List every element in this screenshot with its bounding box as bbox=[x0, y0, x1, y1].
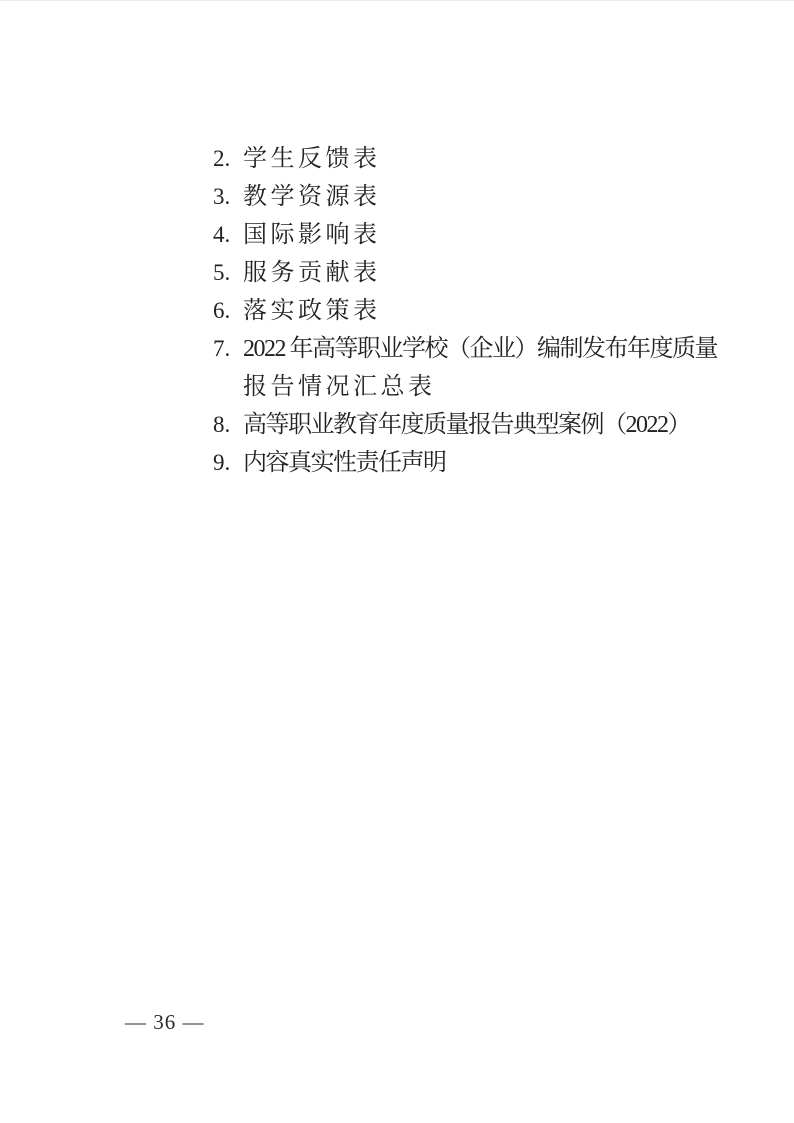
list-item-number: 2. bbox=[213, 140, 243, 178]
list-item: 4. 国际影响表 bbox=[213, 216, 717, 254]
list-item-number: 3. bbox=[213, 178, 243, 216]
list-item: 3. 教学资源表 bbox=[213, 178, 717, 216]
list-item-number: 7. bbox=[213, 330, 243, 368]
list-item: 5. 服务贡献表 bbox=[213, 254, 717, 292]
appendix-list: 2. 学生反馈表 3. 教学资源表 4. 国际影响表 5. 服务贡献表 6. 落… bbox=[213, 140, 717, 482]
list-item-text: 服务贡献表 bbox=[243, 254, 381, 292]
list-item-number: 5. bbox=[213, 254, 243, 292]
list-item-number: 4. bbox=[213, 216, 243, 254]
list-item-text-line: 2022 年高等职业学校（企业）编制发布年度质量 bbox=[243, 330, 717, 368]
list-item-text: 2022 年高等职业学校（企业）编制发布年度质量 报告情况汇总表 bbox=[243, 330, 717, 406]
list-item-number: 6. bbox=[213, 292, 243, 330]
list-item-text: 学生反馈表 bbox=[243, 140, 381, 178]
list-item-number: 9. bbox=[213, 444, 243, 482]
document-page: 2. 学生反馈表 3. 教学资源表 4. 国际影响表 5. 服务贡献表 6. 落… bbox=[0, 0, 794, 1123]
list-item-text: 高等职业教育年度质量报告典型案例（2022） bbox=[243, 406, 690, 444]
list-item: 7. 2022 年高等职业学校（企业）编制发布年度质量 报告情况汇总表 bbox=[213, 330, 717, 406]
list-item-text: 内容真实性责任声明 bbox=[243, 444, 446, 482]
list-item-text: 教学资源表 bbox=[243, 178, 381, 216]
list-item: 9. 内容真实性责任声明 bbox=[213, 444, 717, 482]
page-number: — 36 — bbox=[125, 1010, 205, 1034]
list-item: 6. 落实政策表 bbox=[213, 292, 717, 330]
list-item-text: 国际影响表 bbox=[243, 216, 381, 254]
list-item: 2. 学生反馈表 bbox=[213, 140, 717, 178]
page-footer: — 36 — bbox=[125, 1009, 205, 1035]
list-item-text-line: 报告情况汇总表 bbox=[243, 368, 717, 406]
list-item-text: 落实政策表 bbox=[243, 292, 381, 330]
list-item-number: 8. bbox=[213, 406, 243, 444]
list-item: 8. 高等职业教育年度质量报告典型案例（2022） bbox=[213, 406, 717, 444]
